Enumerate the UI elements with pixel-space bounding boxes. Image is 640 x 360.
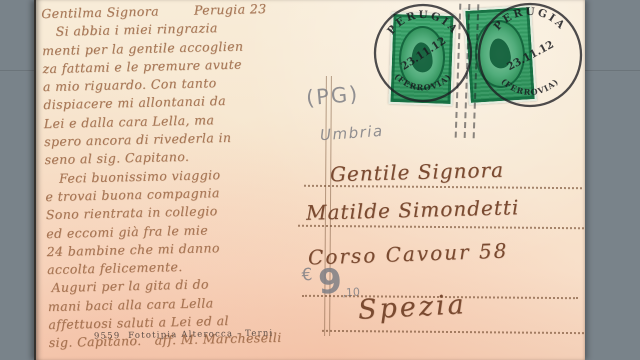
pencil-province-note: (PG) <box>305 82 360 111</box>
stamp-oval <box>398 25 446 91</box>
address-street: Corso Cavour 58 <box>308 239 509 270</box>
stamp-portrait <box>488 37 512 69</box>
address-rule <box>304 185 582 189</box>
address-salutation: Gentile Signora <box>330 158 505 187</box>
postage-stamp <box>388 12 455 106</box>
message-block: Gentilma Signora Perugia 23 Si abbia i m… <box>41 0 321 353</box>
stamp-portrait <box>411 42 433 72</box>
address-rule <box>298 225 584 229</box>
pencil-region-note: Umbria <box>319 122 384 144</box>
address-city: Spezia <box>357 289 467 326</box>
machine-cancel <box>452 4 485 139</box>
address-name: Matilde Simondetti <box>306 195 520 225</box>
address-rule <box>322 330 584 334</box>
postcard: Gentilma Signora Perugia 23 Si abbia i m… <box>34 0 585 360</box>
